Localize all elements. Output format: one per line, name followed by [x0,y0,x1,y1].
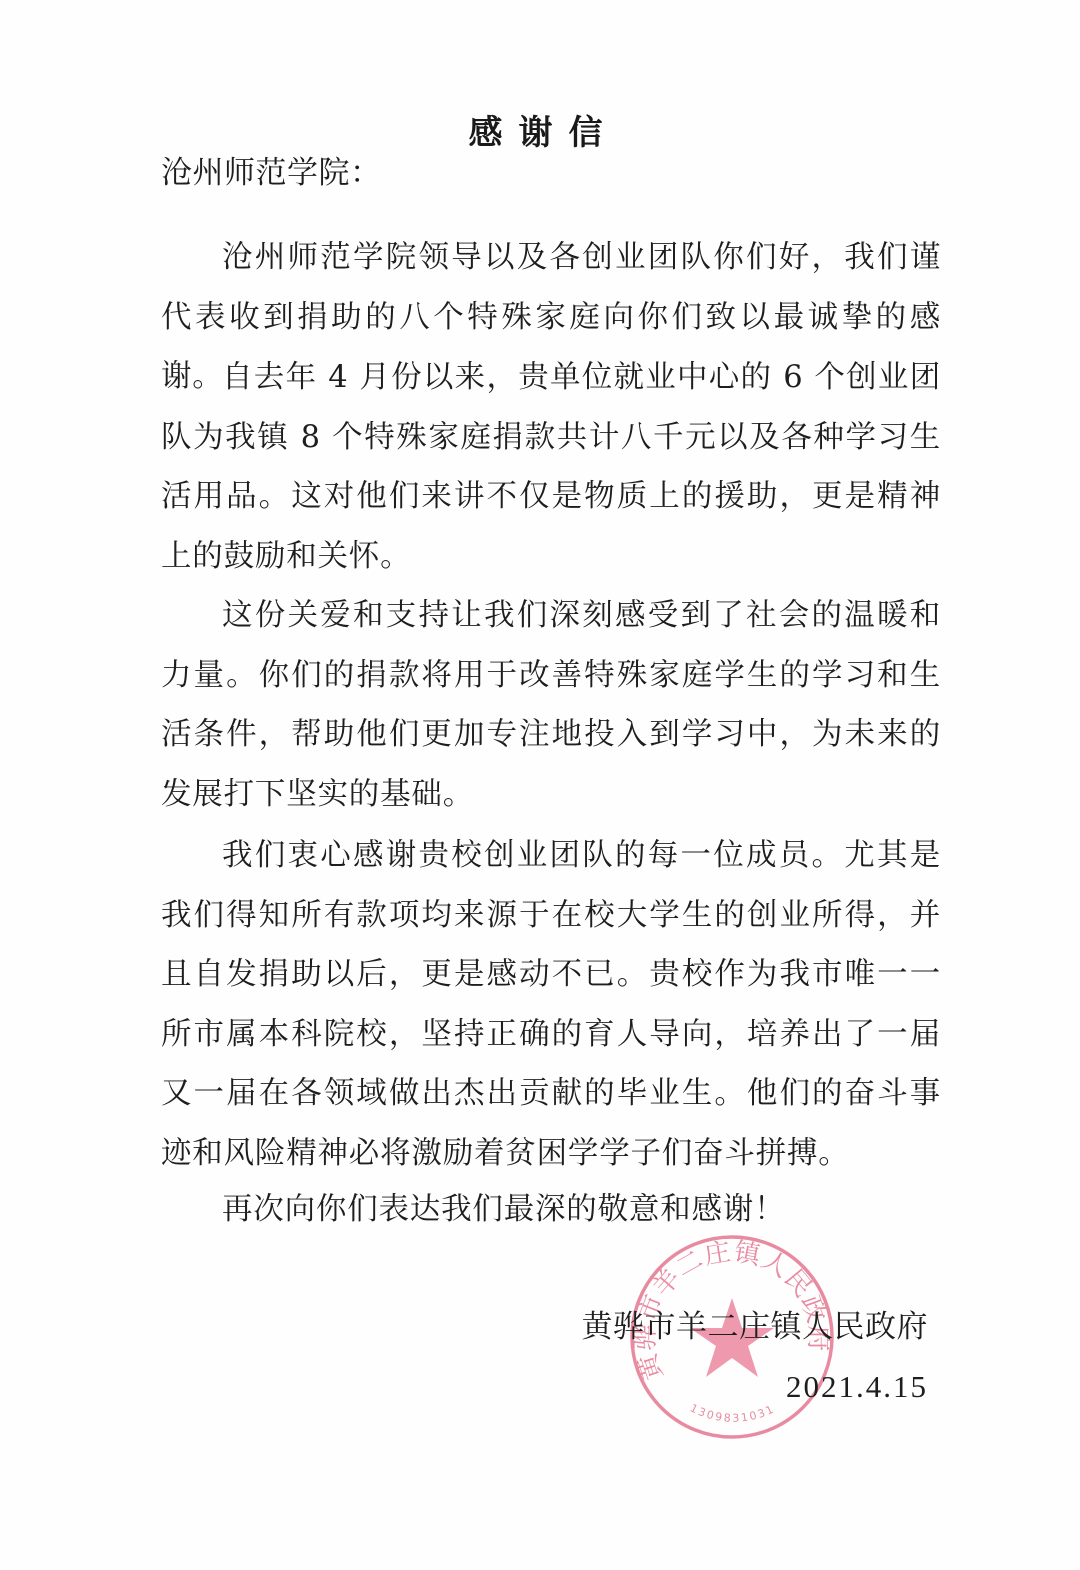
paragraph-4: 我们衷心感谢贵校创业团队的每一位成员。尤其是我们得知所有款项均来源于在校大学生的… [161,826,941,1183]
letter-date: 2021.4.15 [786,1364,928,1410]
signature-organization: 黄骅市羊二庄镇人民政府 [582,1304,929,1350]
salutation: 沧州师范学院： [161,150,382,196]
paragraph-5-closing: 再次向你们表达我们最深的敬意和感谢！ [161,1180,941,1240]
paragraph-2: 自去年 4 月份以来，贵单位就业中心的 6 个创业团队为我镇 8 个特殊家庭捐款… [161,348,941,586]
paragraph-3: 这份关爱和支持让我们深刻感受到了社会的温暖和力量。你们的捐款将用于改善特殊家庭学… [161,586,941,824]
letter-page: 感谢信 沧州师范学院： 沧州师范学院领导以及各创业团队你们好，我们谨代表收到捐助… [0,0,1080,1570]
seal-code-text: 1309831031 [688,1401,777,1424]
svg-text:1309831031: 1309831031 [688,1401,777,1424]
